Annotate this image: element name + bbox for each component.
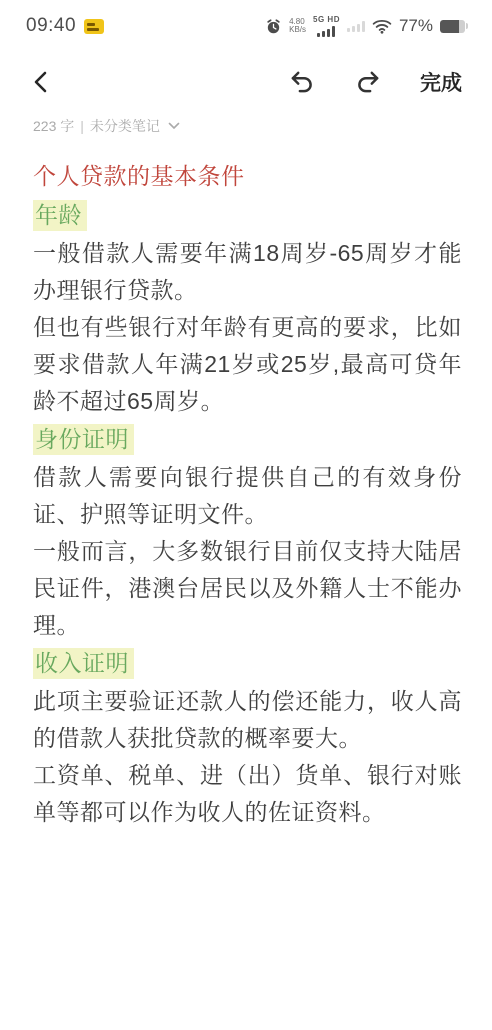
- paragraph[interactable]: 此项主要验证还款人的偿还能力，收人高的借款人获批贷款的概率要大。: [33, 683, 462, 757]
- paragraph[interactable]: 一般借款人需要年满18周岁-65周岁才能办理银行贷款。: [33, 235, 462, 309]
- redo-button[interactable]: [354, 69, 382, 95]
- note-info-bar: 223 字 | 未分类笔记: [0, 116, 492, 136]
- note-editor[interactable]: 个人贷款的基本条件 年龄 一般借款人需要年满18周岁-65周岁才能办理银行贷款。…: [0, 136, 492, 831]
- redo-icon: [354, 69, 382, 95]
- undo-icon: [288, 69, 316, 95]
- word-count: 223 字: [33, 116, 74, 136]
- status-emoji-badge-icon: [84, 19, 104, 34]
- clock-time: 09:40: [26, 15, 76, 37]
- network-type-label: 5G HD: [313, 16, 340, 24]
- highlighted-heading: 收入证明: [33, 648, 134, 679]
- paragraph[interactable]: 但也有些银行对年龄有更高的要求，比如要求借款人年满21岁或25岁,最高可贷年龄不…: [33, 309, 462, 420]
- highlighted-heading: 年龄: [33, 200, 87, 231]
- category-selector[interactable]: 未分类笔记: [90, 116, 160, 136]
- wifi-icon: [372, 18, 392, 34]
- paragraph[interactable]: 工资单、税单、进（出）货单、银行对账单等都可以作为收人的佐证资料。: [33, 757, 462, 831]
- paragraph[interactable]: 借款人需要向银行提供自己的有效身份证、护照等证明文件。: [33, 459, 462, 533]
- network-speed-unit: KB/s: [289, 26, 306, 34]
- signal-bars-icon: [317, 26, 335, 37]
- battery-icon: [440, 20, 465, 33]
- editor-toolbar: 完成: [0, 58, 492, 106]
- paragraph[interactable]: 一般而言，大多数银行目前仅支持大陆居民证件，港澳台居民以及外籍人士不能办理。: [33, 533, 462, 644]
- status-bar-left: 09:40: [26, 15, 104, 37]
- undo-button[interactable]: [288, 69, 316, 95]
- battery-percent: 77%: [399, 16, 433, 36]
- section-heading-age[interactable]: 年龄: [33, 197, 462, 234]
- highlighted-heading: 身份证明: [33, 424, 134, 455]
- status-bar-right: 4.80 KB/s 5G HD 77%: [265, 16, 468, 37]
- network-speed: 4.80 KB/s: [289, 18, 306, 34]
- back-button[interactable]: [30, 70, 52, 94]
- section-heading-identity[interactable]: 身份证明: [33, 421, 462, 458]
- status-bar: 09:40 4.80 KB/s 5G HD 77: [0, 0, 492, 42]
- alarm-icon: [265, 18, 282, 35]
- chevron-left-icon: [30, 70, 52, 94]
- section-heading-income[interactable]: 收入证明: [33, 645, 462, 682]
- battery-nub: [466, 23, 468, 29]
- info-separator: |: [80, 118, 84, 134]
- cellular-signal: 5G HD: [313, 16, 340, 37]
- signal-bars-secondary-icon: [347, 21, 365, 32]
- chevron-down-icon[interactable]: [168, 122, 180, 130]
- note-title[interactable]: 个人贷款的基本条件: [33, 158, 462, 195]
- done-button[interactable]: 完成: [420, 67, 462, 97]
